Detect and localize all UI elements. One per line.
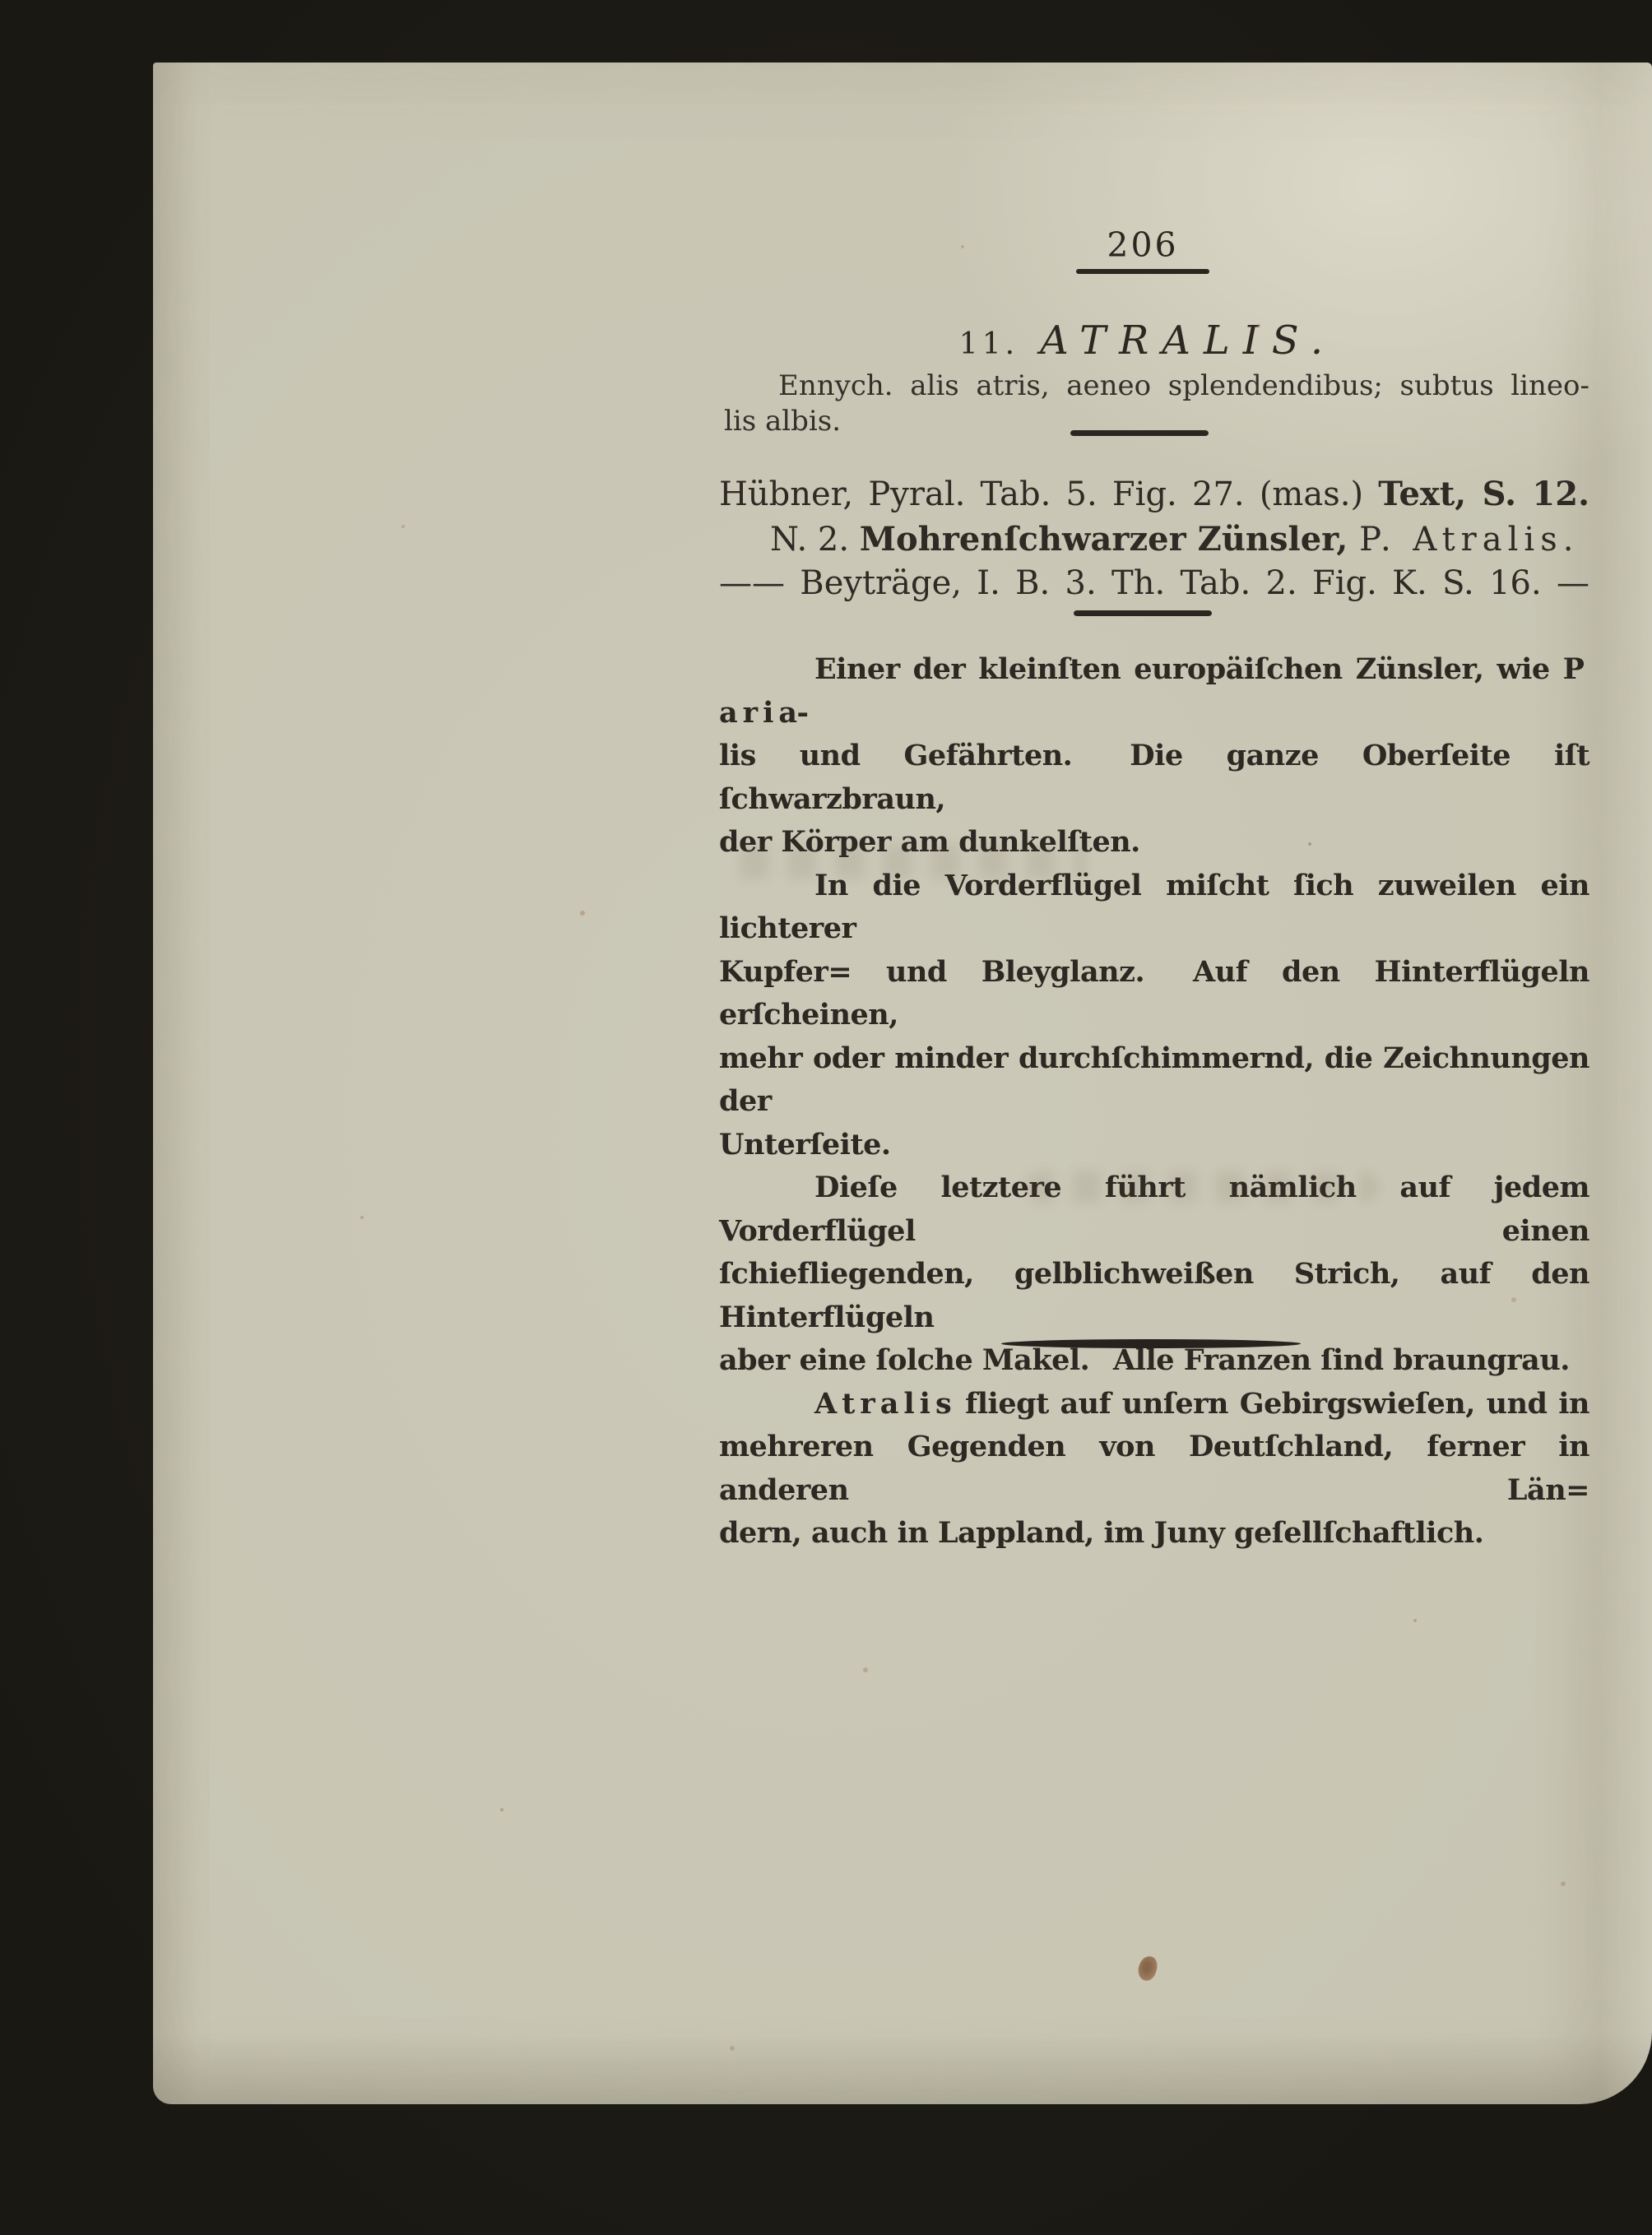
latin-line: Ennych. alis atris, aeneo splendendibus;… xyxy=(724,369,1589,404)
heading-title: ATRALIS. xyxy=(1040,318,1336,364)
page-number: 206 xyxy=(708,225,1578,265)
reference-roman-text: N. 2. xyxy=(770,521,860,559)
reference-roman-text: Hübner, Pyral. Tab. 5. Fig. 27. (mas.) xyxy=(719,475,1378,513)
reference-line: —— Beyträge, I. B. 3. Th. Tab. 2. Fig. K… xyxy=(719,562,1589,606)
reference-line: Hübner, Pyral. Tab. 5. Fig. 27. (mas.) T… xyxy=(719,472,1589,517)
section-rule xyxy=(1074,610,1212,616)
body-line: der Körper am dunkelſten. xyxy=(719,821,1589,865)
page-number-block: 206 xyxy=(708,225,1578,274)
body-line: ſchiefliegenden, gelblichweißen Strich, … xyxy=(719,1253,1589,1339)
body-line: Dieſe letztere führt nämlich auf jedem V… xyxy=(719,1166,1589,1253)
body-line: mehr oder minder durchſchimmernd, die Ze… xyxy=(719,1037,1589,1124)
section-rule xyxy=(1070,430,1209,436)
book-page: 206 11.ATRALIS. Ennych. alis atris, aene… xyxy=(153,63,1652,2104)
text-column: 206 11.ATRALIS. Ennych. alis atris, aene… xyxy=(719,63,1589,2104)
body-line: mehreren Gegenden von Deutſchland, ferne… xyxy=(719,1426,1589,1512)
body-line: Kupfer= und Bleyglanz. Auf den Hinterflü… xyxy=(719,951,1589,1037)
reference-roman-text: —— Beyträge, I. B. 3. Th. Tab. 2. Fig. K… xyxy=(719,564,1589,602)
end-rule xyxy=(1001,1339,1301,1348)
reference-list: Hübner, Pyral. Tab. 5. Fig. 27. (mas.) T… xyxy=(719,472,1589,606)
page-number-rule xyxy=(1076,269,1209,274)
body-line: dern, auch in Lappland, im Juny geſellſc… xyxy=(719,1512,1589,1556)
body-line: In die Vorderflügel miſcht ſich zuweilen… xyxy=(719,865,1589,951)
body-line: Unterſeite. xyxy=(719,1124,1589,1167)
latin-diagnosis: Ennych. alis atris, aeneo splendendibus;… xyxy=(724,369,1589,439)
body-line: lis und Gefährten. Die ganze Oberſeite i… xyxy=(719,735,1589,821)
heading-number: 11. xyxy=(959,327,1019,361)
body-line: A t r a l i s fliegt auf unſern Gebirgsw… xyxy=(719,1383,1589,1426)
paper-specks xyxy=(153,63,156,66)
reference-fraktur-text: Text, S. 12. xyxy=(1378,475,1589,513)
species-heading: 11.ATRALIS. xyxy=(712,318,1583,364)
body-line: Einer der kleinſten europäiſchen Zünsler… xyxy=(719,648,1589,735)
reference-line: N. 2. Mohrenſchwarzer Zünsler, P. Atrali… xyxy=(719,517,1589,563)
species-name: P. Atralis. xyxy=(1359,521,1579,559)
scan-background: 206 11.ATRALIS. Ennych. alis atris, aene… xyxy=(0,0,1652,2235)
reference-fraktur-text: Mohrenſchwarzer Zünsler, xyxy=(860,520,1359,559)
body-text: Einer der kleinſten europäiſchen Zünsler… xyxy=(719,648,1589,1556)
